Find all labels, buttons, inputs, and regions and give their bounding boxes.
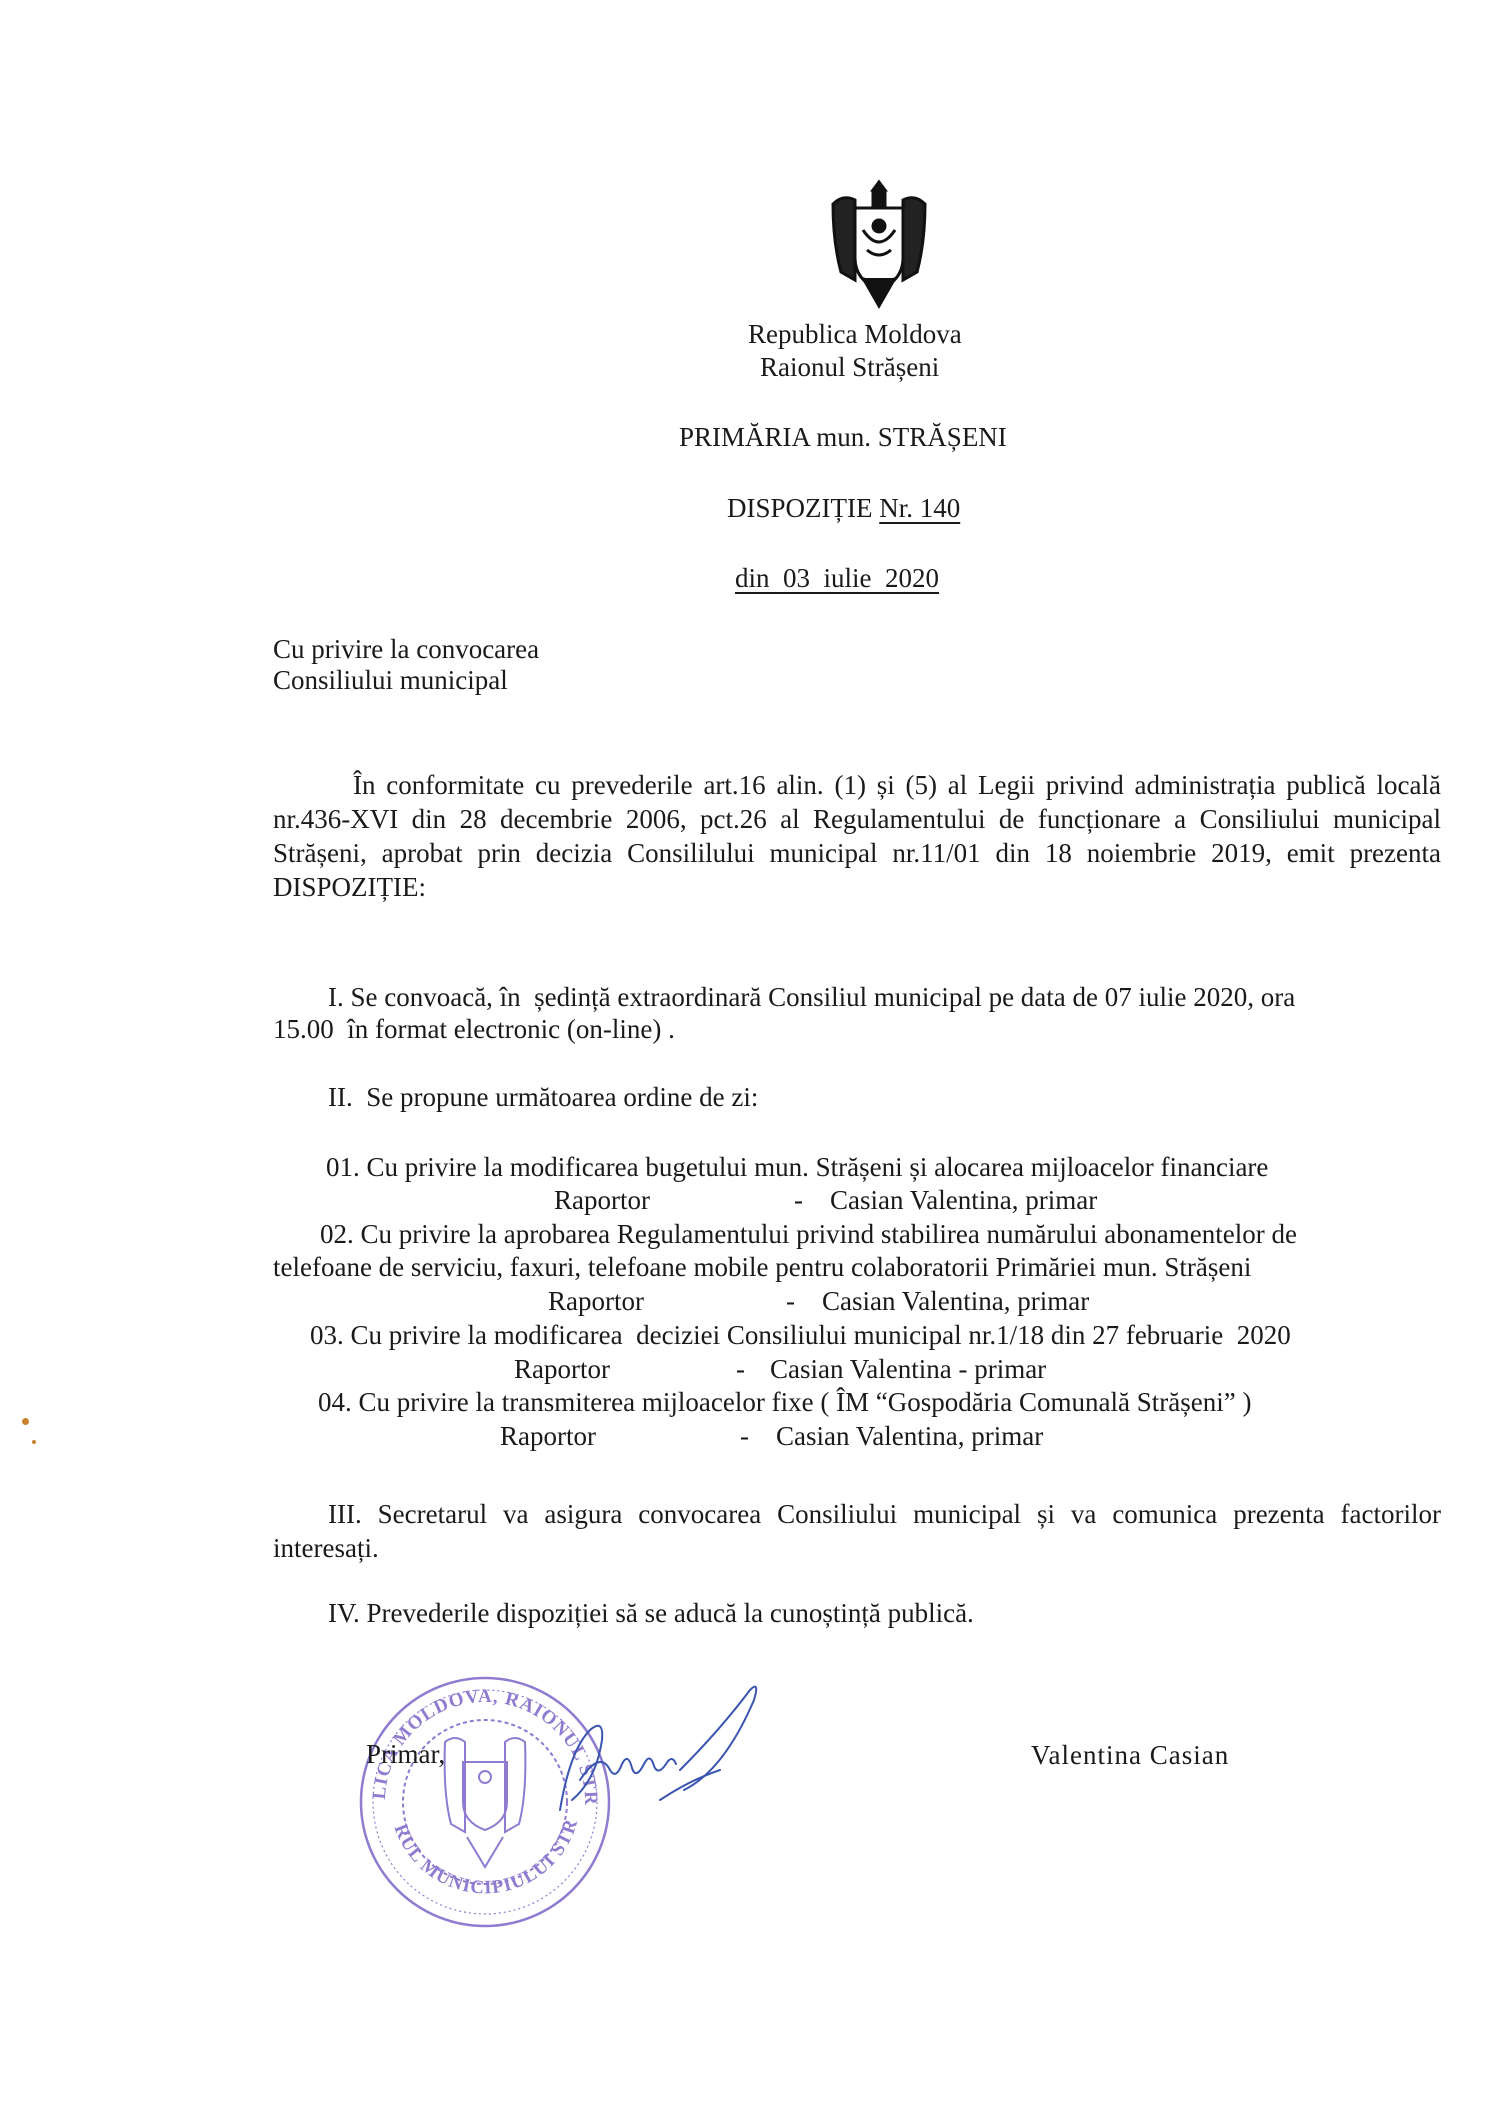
agenda-2-dash: - <box>786 1284 795 1318</box>
agenda-4-dash: - <box>740 1419 749 1453</box>
subject-line-1: Cu privire la convocarea <box>273 632 539 666</box>
country-name: Republica Moldova <box>748 317 962 351</box>
moldova-coat-of-arms-icon <box>823 178 935 310</box>
preamble-paragraph: În conformitate cu prevederile art.16 al… <box>273 768 1441 904</box>
scan-speck <box>32 1440 36 1444</box>
agenda-text: Cu privire la modificarea bugetului mun.… <box>367 1152 1269 1182</box>
agenda-text: Cu privire la aprobarea Regulamentului p… <box>354 1219 1297 1249</box>
section-III-paragraph: III. Secretarul va asigura convocarea Co… <box>273 1497 1441 1565</box>
agenda-2-reporter-label: Raportor <box>548 1284 644 1318</box>
agenda-4-reporter-label: Raportor <box>500 1419 596 1453</box>
subject-line-2: Consiliului municipal <box>273 663 508 697</box>
section-IV-text: IV. Prevederile dispoziției să se aducă … <box>328 1596 974 1630</box>
agenda-item-2: 02. Cu privire la aprobarea Regulamentul… <box>320 1217 1297 1251</box>
preamble-text: În conformitate cu prevederile art.16 al… <box>273 770 1441 902</box>
agenda-number: 02. <box>320 1219 354 1249</box>
agenda-3-dash: - <box>736 1352 745 1386</box>
document-date: din 03 iulie 2020 <box>735 561 939 595</box>
handwritten-signature-icon <box>540 1680 800 1830</box>
agenda-1-reporter-label: Raportor <box>554 1183 650 1217</box>
scan-speck <box>22 1418 29 1425</box>
institution-name: PRIMĂRIA mun. STRĂȘENI <box>679 420 1007 454</box>
signatory-name: Valentina Casian <box>1031 1738 1229 1772</box>
section-II-heading: II. Se propune următoarea ordine de zi: <box>328 1080 758 1114</box>
agenda-3-reporter-label: Raportor <box>514 1352 610 1386</box>
agenda-1-reporter: Casian Valentina, primar <box>830 1183 1097 1217</box>
district-name: Raionul Strășeni <box>760 350 939 384</box>
section-I-line-2: 15.00 în format electronic (on-line) . <box>273 1012 675 1046</box>
agenda-text: Cu privire la modificarea deciziei Consi… <box>351 1320 1291 1350</box>
agenda-number: 01. <box>326 1152 360 1182</box>
agenda-number: 04. <box>318 1387 352 1417</box>
agenda-item-4: 04. Cu privire la transmiterea mijloacel… <box>318 1385 1251 1419</box>
section-III-text: III. Secretarul va asigura convocarea Co… <box>273 1499 1441 1563</box>
agenda-item-1: 01. Cu privire la modificarea bugetului … <box>326 1150 1268 1184</box>
agenda-3-reporter: Casian Valentina - primar <box>770 1352 1046 1386</box>
agenda-item-2-continued: telefoane de serviciu, faxuri, telefoane… <box>273 1250 1251 1284</box>
agenda-2-reporter: Casian Valentina, primar <box>822 1284 1089 1318</box>
signatory-title: Primar, <box>366 1737 445 1771</box>
agenda-item-3: 03. Cu privire la modificarea deciziei C… <box>310 1318 1291 1352</box>
document-title: DISPOZIȚIE Nr. 140 <box>727 491 960 525</box>
agenda-text: Cu privire la transmiterea mijloacelor f… <box>359 1387 1252 1417</box>
agenda-1-dash: - <box>794 1183 803 1217</box>
document-number: Nr. 140 <box>879 493 960 523</box>
section-I-line-1: I. Se convoacă, în ședință extraordinară… <box>328 980 1295 1014</box>
agenda-number: 03. <box>310 1320 344 1350</box>
document-type: DISPOZIȚIE <box>727 493 872 523</box>
agenda-4-reporter: Casian Valentina, primar <box>776 1419 1043 1453</box>
